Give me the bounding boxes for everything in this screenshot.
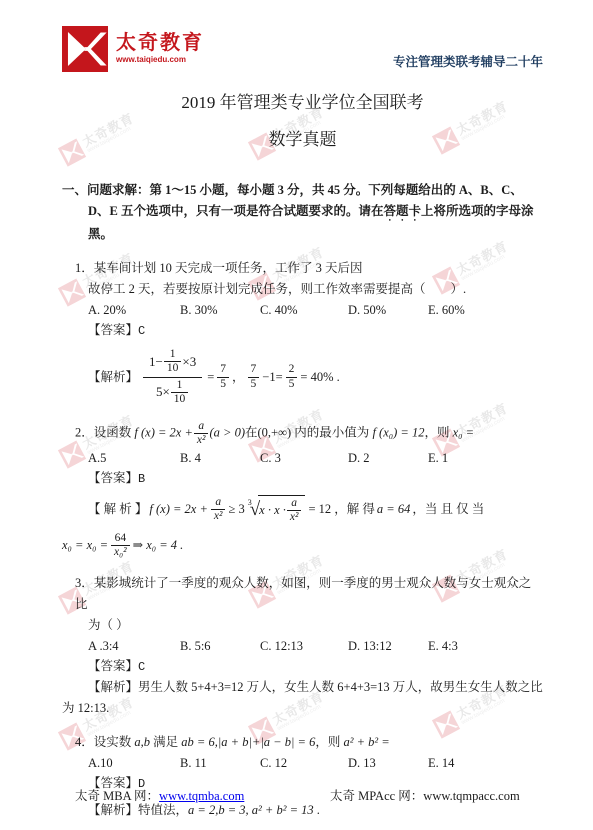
q3-option-d: D. 13:12: [348, 636, 428, 656]
mba-site-link[interactable]: www.tqmba.com: [159, 789, 244, 803]
taiqi-logo: 太奇教育 www.taiqiedu.com: [62, 26, 204, 72]
q4-option-a: A.10: [88, 753, 180, 773]
q3-option-b: B. 5:6: [180, 636, 260, 656]
q1-stem-line1: 1．某车间计划 10 天完成一项任务，工作了 3 天后因: [75, 258, 543, 279]
logo-text: 太奇教育 www.taiqiedu.com: [116, 33, 204, 64]
q3-answer: 【答案】C: [88, 656, 543, 677]
q1-answer: 【答案】C: [88, 320, 543, 341]
mpacc-site-url: www.tqmpacc.com: [423, 789, 519, 803]
q3-options: A .3:4 B. 5:6 C. 12:13 D. 13:12 E. 4:3: [88, 636, 543, 656]
q3-analysis-line2: 为 12:13.: [62, 698, 543, 719]
q1-options: A. 20% B. 30% C. 40% D. 50% E. 60%: [88, 300, 543, 320]
q1-option-d: D. 50%: [348, 300, 428, 320]
q4-option-b: B. 11: [180, 753, 260, 773]
question-2: 2．设函数 f (x) = 2x +ax²(a > 0)在(0,+∞) 内的最小…: [62, 420, 543, 560]
question-1: 1．某车间计划 10 天完成一项任务，工作了 3 天后因 故停工 2 天，若要按…: [62, 258, 543, 407]
q1-stem-line2: 故停工 2 天，若要按原计划完成任务，则工作效率需要提高（ ）.: [88, 279, 543, 300]
q4-stem: 4．设实数 a,b 满足 ab = 6,|a + b|+|a − b| = 6，…: [75, 732, 543, 753]
header-tagline: 专注管理类联考辅导二十年: [393, 52, 543, 72]
q3-option-e: E. 4:3: [428, 636, 543, 656]
doc-title-line1: 2019 年管理类专业学位全国联考: [62, 88, 543, 113]
section-heading: 一、问题求解：第 1～15 小题，每小题 3 分，共 45 分。下列每题给出的 …: [62, 180, 543, 245]
page-content: 太奇教育 www.taiqiedu.com 专注管理类联考辅导二十年 2019 …: [0, 0, 593, 821]
q2-option-e: E. 1: [428, 448, 543, 468]
q4-option-c: C. 12: [260, 753, 348, 773]
q4-options: A.10 B. 11 C. 12 D. 13 E. 14: [88, 753, 543, 773]
footer-right: 太奇 MPAcc 网：www.tqmpacc.com: [330, 786, 520, 804]
footer-left: 太奇 MBA 网：www.tqmba.com: [75, 786, 330, 804]
q3-stem-line1: 3．某影城统计了一季度的观众人数，如图，则一季度的男士观众人数与女士观众之比: [75, 573, 543, 615]
q2-answer: 【答案】B: [88, 468, 543, 489]
question-4: 4．设实数 a,b 满足 ab = 6,|a + b|+|a − b| = 6，…: [62, 732, 543, 821]
q2-analysis-line2: x₀ = x₀ = 64x₀² ⇒ x₀ = 4 .: [62, 532, 543, 559]
q2-option-d: D. 2: [348, 448, 428, 468]
q1-big-fraction: 1−110×3 5×110: [143, 347, 202, 407]
brand-name: 太奇教育: [116, 33, 204, 54]
q1-option-e: E. 60%: [428, 300, 543, 320]
q2-option-b: B. 4: [180, 448, 260, 468]
q3-stem-line2: 为（ ）: [88, 615, 543, 636]
exam-document-page: 太奇教育www.taiqiedu.com 太奇教育www.taiqiedu.co…: [0, 0, 593, 830]
q4-option-d: D. 13: [348, 753, 428, 773]
taiqi-logo-icon: [62, 26, 108, 72]
question-3: 3．某影城统计了一季度的观众人数，如图，则一季度的男士观众人数与女士观众之比 为…: [62, 573, 543, 719]
doc-title-line2: 数学真题: [62, 125, 543, 150]
q2-stem: 2．设函数 f (x) = 2x +ax²(a > 0)在(0,+∞) 内的最小…: [75, 420, 543, 447]
q2-options: A.5 B. 4 C. 3 D. 2 E. 1: [88, 448, 543, 468]
q1-analysis: 【解析】 1−110×3 5×110 = 75 ， 75 −1= 25 = 40…: [88, 347, 543, 407]
q2-option-c: C. 3: [260, 448, 348, 468]
brand-url: www.taiqiedu.com: [116, 56, 204, 64]
q4-option-e: E. 14: [428, 753, 543, 773]
footer: 太奇 MBA 网：www.tqmba.com 太奇 MPAcc 网：www.tq…: [62, 786, 543, 804]
q3-option-a: A .3:4: [88, 636, 180, 656]
q2-analysis-line1: 【 解 析 】 f (x) = 2x + ax² ≥ 3 3√x · x ·ax…: [88, 495, 543, 524]
q1-option-b: B. 30%: [180, 300, 260, 320]
cube-root: 3√x · x ·ax²: [248, 495, 306, 524]
q3-analysis-line1: 【解析】男生人数 5+4+3=12 万人，女生人数 6+4+3=13 万人，故男…: [88, 677, 543, 698]
emphasized-text: 答题卡: [384, 204, 422, 218]
q1-option-c: C. 40%: [260, 300, 348, 320]
header: 太奇教育 www.taiqiedu.com 专注管理类联考辅导二十年: [62, 26, 543, 72]
q2-option-a: A.5: [88, 448, 180, 468]
q1-option-a: A. 20%: [88, 300, 180, 320]
q3-option-c: C. 12:13: [260, 636, 348, 656]
